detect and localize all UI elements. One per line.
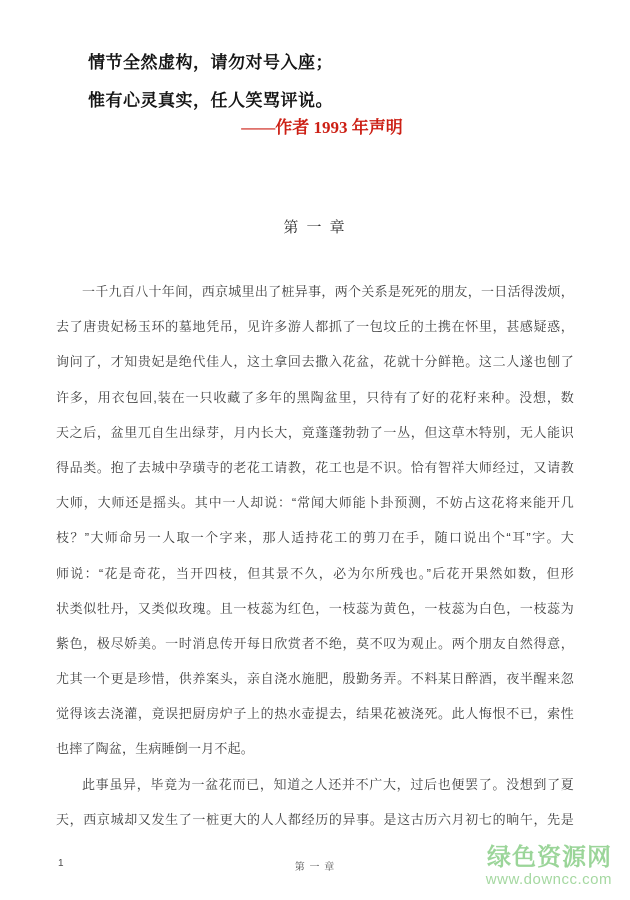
- chapter-title: 第 一 章: [0, 216, 630, 237]
- body-line: 枝？”大师命另一人取一个字来，那人适持花工的剪刀在手，随口说出个“耳”字。大: [56, 520, 574, 555]
- body-line: 天，西京城却又发生了一桩更大的人人都经历的异事。是这古历六月初七的晌午，先是: [56, 802, 574, 837]
- body-line: 天之后，盆里兀自生出绿芽，月内长大，竟蓬蓬勃勃了一丛，但这草木特别，无人能识: [56, 415, 574, 450]
- watermark-site-url: www.downcc.com: [486, 871, 612, 889]
- body-line: 也摔了陶盆，生病睡倒一月不起。: [56, 731, 574, 766]
- body-line: 师说：“花是奇花，当开四枝，但其景不久，必为尔所残也。”后花开果然如数，但形: [56, 556, 574, 591]
- body-line: 大师，大师还是摇头。其中一人却说：“常闻大师能卜卦预测，不妨占这花将来能开几: [56, 485, 574, 520]
- body-line: 此事虽异，毕竟为一盆花而已，知道之人还并不广大，过后也便罢了。没想到了夏: [56, 767, 574, 802]
- body-text: 一千九百八十年间，西京城里出了桩异事，两个关系是死死的朋友，一日活得泼烦，去了唐…: [56, 274, 574, 837]
- watermark-site-name: 绿色资源网: [486, 845, 612, 871]
- body-line: 去了唐贵妃杨玉环的墓地凭吊，见许多游人都抓了一包坟丘的土携在怀里，甚感疑惑，: [56, 309, 574, 344]
- body-line: 觉得该去浇灌，竟误把厨房炉子上的热水壶提去，结果花被浇死。此人悔恨不已，索性: [56, 696, 574, 731]
- document-page: 情节全然虚构，请勿对号入座； 惟有心灵真实，任人笑骂评说。 ——作者 1993 …: [0, 0, 630, 900]
- motto-line-1: 情节全然虚构，请勿对号入座；: [88, 44, 333, 82]
- body-line: 状类似牡丹，又类似玫瑰。且一枝蕊为红色，一枝蕊为黄色，一枝蕊为白色，一枝蕊为: [56, 591, 574, 626]
- body-line: 得品类。抱了去城中孕璜寺的老花工请教，花工也是不识。恰有智祥大师经过，又请教: [56, 450, 574, 485]
- body-line: 询问了，才知贵妃是绝代佳人，这土拿回去撒入花盆，花就十分鲜艳。这二人遂也刨了: [56, 344, 574, 379]
- body-line: 一千九百八十年间，西京城里出了桩异事，两个关系是死死的朋友，一日活得泼烦，: [56, 274, 574, 309]
- body-line: 许多，用衣包回,装在一只收藏了多年的黑陶盆里，只待有了好的花籽来种。没想，数: [56, 380, 574, 415]
- author-motto: 情节全然虚构，请勿对号入座； 惟有心灵真实，任人笑骂评说。: [88, 44, 333, 120]
- motto-line-2: 惟有心灵真实，任人笑骂评说。: [88, 82, 333, 120]
- body-line: 尤其一个更是珍惜，供养案头，亲自浇水施肥，殷勤务弄。不料某日醉酒，夜半醒来忽: [56, 661, 574, 696]
- author-declaration: ——作者 1993 年声明: [0, 116, 630, 140]
- watermark: 绿色资源网 www.downcc.com: [486, 845, 612, 889]
- body-line: 紫色，极尽娇美。一时消息传开每日欣赏者不绝，莫不叹为观止。两个朋友自然得意，: [56, 626, 574, 661]
